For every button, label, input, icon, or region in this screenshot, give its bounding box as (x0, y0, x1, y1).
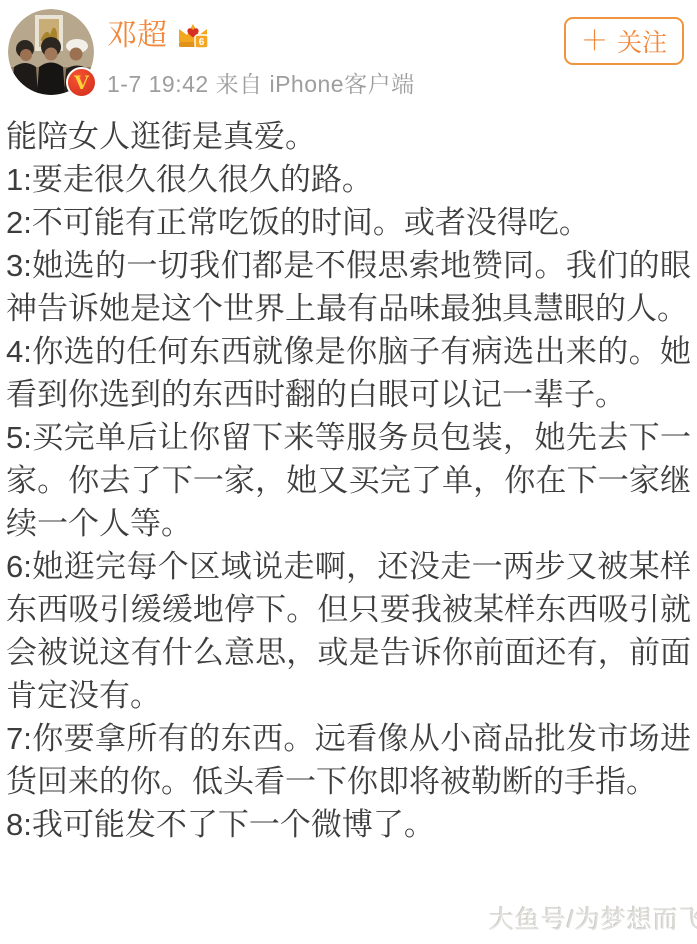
header-info: 邓超 6 1-7 19:42 来自 iPhone客户端 (107, 18, 415, 99)
follow-button-label: 关注 (617, 23, 667, 59)
plus-icon: ＋ (581, 28, 608, 55)
post-paragraph: 能陪女人逛街是真爱。 (6, 115, 691, 158)
vip-crown-level-6-icon: 6 (176, 21, 210, 51)
post-paragraph: 7:你要拿所有的东西。远看像从小商品批发市场进货回来的你。低头看一下你即将被勒断… (6, 717, 691, 803)
post-paragraph: 4:你选的任何东西就像是你脑子有病选出来的。她看到你选到的东西时翻的白眼可以记一… (6, 330, 691, 416)
follow-button[interactable]: ＋ 关注 (564, 17, 684, 65)
username[interactable]: 邓超 (107, 21, 167, 51)
post-paragraph: 8:我可能发不了下一个微博了。 (6, 803, 691, 846)
post-paragraph: 2:不可能有正常吃饭的时间。或者没得吃。 (6, 201, 691, 244)
watermark: 大鱼号/为梦想而飞 (489, 900, 697, 936)
post-paragraph: 3:她选的一切我们都是不假思索地赞同。我们的眼神告诉她是这个世界上最有品味最独具… (6, 244, 691, 330)
weibo-post: V 邓超 6 1-7 19:42 来自 iPhone客户端 (0, 0, 697, 944)
post-source: 来自 iPhone客户端 (216, 71, 415, 97)
post-header: V 邓超 6 1-7 19:42 来自 iPhone客户端 (0, 0, 697, 112)
timestamp-row: 1-7 19:42 来自 iPhone客户端 (107, 66, 415, 99)
post-content: 能陪女人逛街是真爱。 1:要走很久很久很久的路。 2:不可能有正常吃饭的时间。或… (0, 112, 697, 846)
post-paragraph: 6:她逛完每个区域说走啊，还没走一两步又被某样东西吸引缓缓地停下。但只要我被某样… (6, 545, 691, 717)
post-paragraph: 1:要走很久很久很久的路。 (6, 158, 691, 201)
user-avatar[interactable]: V (8, 9, 94, 95)
post-paragraph: 5:买完单后让你留下来等服务员包装，她先去下一家。你去了下一家，她又买完了单，你… (6, 416, 691, 545)
vip-level-number: 6 (199, 37, 205, 48)
post-timestamp: 1-7 19:42 (107, 71, 209, 97)
verified-v-icon: V (66, 67, 97, 98)
